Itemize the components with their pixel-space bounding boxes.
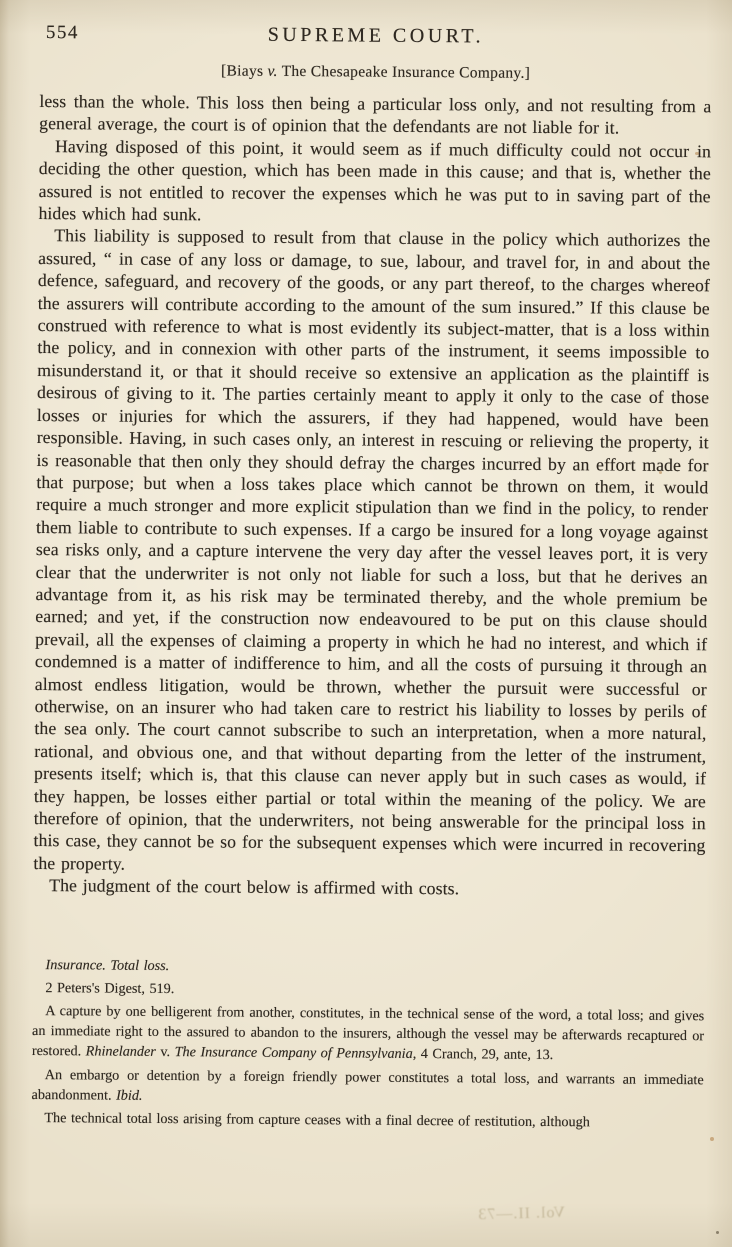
opinion-paragraph-1: less than the whole. This loss then bein… xyxy=(39,90,711,140)
footnote-capture: A capture by one belligerent from anothe… xyxy=(32,1001,704,1067)
footnote-restitution: The technical total loss arising from ca… xyxy=(31,1108,703,1133)
paper-speck xyxy=(710,1137,714,1141)
footnote-embargo: An embargo or detention by a foreign fri… xyxy=(31,1065,703,1111)
footnote-catchline: Insurance. Total loss. xyxy=(33,955,705,980)
scanned-book-page: 554 SUPREME COURT. [Biays v. The Chesape… xyxy=(0,0,732,1247)
footnote-capture-case2: The Insurance Company of Pennsylvania xyxy=(175,1045,413,1063)
case-header-versus: v. xyxy=(267,63,277,80)
footnote-embargo-ref: Ibid. xyxy=(116,1087,143,1103)
paper-speck xyxy=(716,1231,719,1234)
case-header-post: The Chesapeake Insurance Company.] xyxy=(278,63,531,82)
page-content: 554 SUPREME COURT. [Biays v. The Chesape… xyxy=(31,22,712,1136)
opinion-paragraph-2: Having disposed of this point, it would … xyxy=(38,135,711,230)
opinion-paragraph-3: This liability is supposed to result fro… xyxy=(33,224,710,879)
bleed-through-text: Vol. II.—73 xyxy=(415,1204,565,1226)
paper-speck xyxy=(695,152,699,155)
paper-speck xyxy=(659,471,662,474)
page-header: 554 SUPREME COURT. xyxy=(40,22,712,51)
running-header: SUPREME COURT. xyxy=(40,22,712,50)
case-header: [Biays v. The Chesapeake Insurance Compa… xyxy=(40,61,712,84)
footnote-capture-citation: , 4 Cranch, 29, ante, 13. xyxy=(413,1046,554,1063)
footnote-capture-versus: v. xyxy=(156,1044,175,1060)
judgment-line: The judgment of the court below is affir… xyxy=(33,874,705,902)
footnotes-section: Insurance. Total loss. 2 Peters's Digest… xyxy=(31,955,704,1134)
case-header-pre: [Biays xyxy=(221,62,268,79)
opinion-body: less than the whole. This loss then bein… xyxy=(33,90,711,902)
footnote-capture-case1: Rhinelander xyxy=(86,1044,156,1061)
footnote-digest-citation: 2 Peters's Digest, 519. xyxy=(32,978,704,1003)
